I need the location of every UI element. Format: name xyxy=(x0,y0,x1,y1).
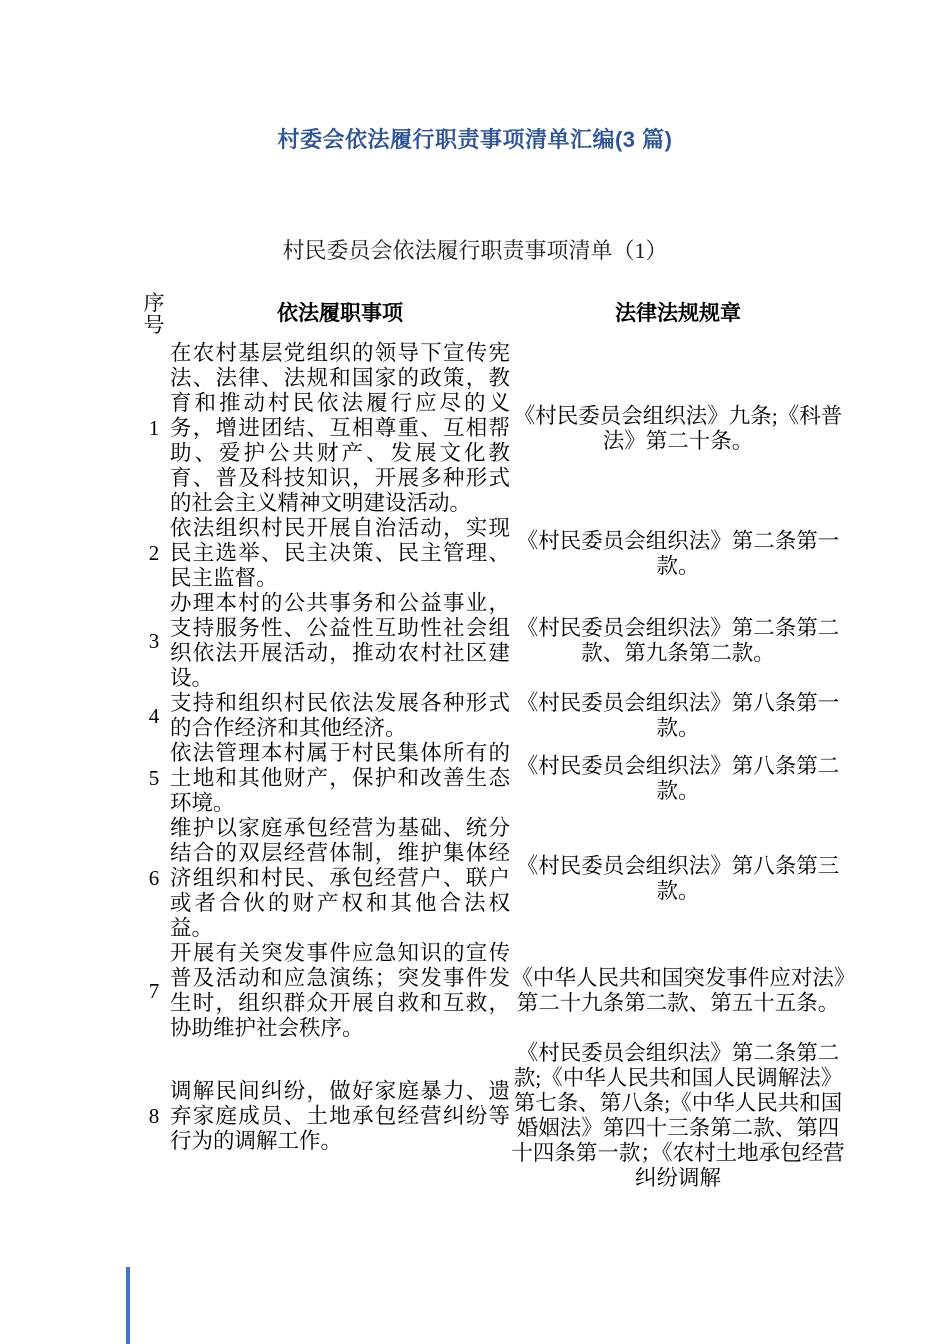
row-law-text: 《村民委员会组织法》九条;《科普法》第二十条。 xyxy=(510,404,846,454)
row-number: 5 xyxy=(138,766,170,791)
row-number: 4 xyxy=(138,704,170,729)
row-duty-text: 调解民间纠纷，做好家庭暴力、遗弃家庭成员、土地承包经营纠纷等行为的调解工作。 xyxy=(170,1079,510,1154)
duties-table: 序号 依法履职事项 法律法规规章 1 在农村基层党组织的领导下宣传宪法、法律、法… xyxy=(138,292,848,1191)
table-row: 6 维护以家庭承包经营为基础、统分结合的双层经营体制，维护集体经济组织和村民、承… xyxy=(138,816,848,941)
header-serial-number: 序号 xyxy=(138,292,170,336)
table-row: 3 办理本村的公共事务和公益事业，支持服务性、公益性互助性社会组织依法开展活动，… xyxy=(138,591,848,691)
row-duty-text: 支持和组织村民依法发展各种形式的合作经济和其他经济。 xyxy=(170,691,510,741)
header-laws-regulations: 法律法规规章 xyxy=(510,302,846,326)
row-duty-text: 开展有关突发事件应急知识的宣传普及活动和应急演练；突发事件发生时，组织群众开展自… xyxy=(170,941,510,1041)
row-law-text: 《村民委员会组织法》第八条第三款。 xyxy=(510,854,846,904)
row-duty-text: 在农村基层党组织的领导下宣传宪法、法律、法规和国家的政策，教育和推动村民依法履行… xyxy=(170,341,510,516)
section-title: 村民委员会依法履行职责事项清单（1） xyxy=(0,238,950,264)
table-row: 1 在农村基层党组织的领导下宣传宪法、法律、法规和国家的政策，教育和推动村民依法… xyxy=(138,341,848,516)
row-law-text: 《村民委员会组织法》第二条第二款;《中华人民共和国人民调解法》第七条、第八条;《… xyxy=(510,1041,846,1191)
row-duty-text: 办理本村的公共事务和公益事业，支持服务性、公益性互助性社会组织依法开展活动，推动… xyxy=(170,591,510,691)
row-number: 8 xyxy=(138,1104,170,1129)
row-law-text: 《村民委员会组织法》第二条第二款、第九条第二款。 xyxy=(510,616,846,666)
table-row: 8 调解民间纠纷，做好家庭暴力、遗弃家庭成员、土地承包经营纠纷等行为的调解工作。… xyxy=(138,1041,848,1191)
row-law-text: 《村民委员会组织法》第八条第一款。 xyxy=(510,691,846,741)
row-duty-text: 依法组织村民开展自治活动，实现民主选举、民主决策、民主管理、民主监督。 xyxy=(170,516,510,591)
table-row: 4 支持和组织村民依法发展各种形式的合作经济和其他经济。 《村民委员会组织法》第… xyxy=(138,691,848,741)
row-number: 3 xyxy=(138,629,170,654)
row-number: 7 xyxy=(138,979,170,1004)
table-row: 7 开展有关突发事件应急知识的宣传普及活动和应急演练；突发事件发生时，组织群众开… xyxy=(138,941,848,1041)
row-law-text: 《村民委员会组织法》第二条第一款。 xyxy=(510,529,846,579)
row-law-text: 《村民委员会组织法》第八条第二款。 xyxy=(510,754,846,804)
row-number: 1 xyxy=(138,416,170,441)
row-number: 6 xyxy=(138,866,170,891)
row-duty-text: 依法管理本村属于村民集体所有的土地和其他财产，保护和改善生态环境。 xyxy=(170,741,510,816)
page-title: 村委会依法履行职责事项清单汇编(3 篇) xyxy=(0,126,950,154)
table-row: 5 依法管理本村属于村民集体所有的土地和其他财产，保护和改善生态环境。 《村民委… xyxy=(138,741,848,816)
table-header-row: 序号 依法履职事项 法律法规规章 xyxy=(138,292,848,336)
row-law-text: 《中华人民共和国突发事件应对法》第二十九条第二款、第五十五条。 xyxy=(510,966,846,1016)
blue-caret-line xyxy=(126,1267,130,1344)
table-row: 2 依法组织村民开展自治活动，实现民主选举、民主决策、民主管理、民主监督。 《村… xyxy=(138,516,848,591)
row-number: 2 xyxy=(138,541,170,566)
row-duty-text: 维护以家庭承包经营为基础、统分结合的双层经营体制，维护集体经济组织和村民、承包经… xyxy=(170,816,510,941)
header-duty-items: 依法履职事项 xyxy=(170,302,510,326)
